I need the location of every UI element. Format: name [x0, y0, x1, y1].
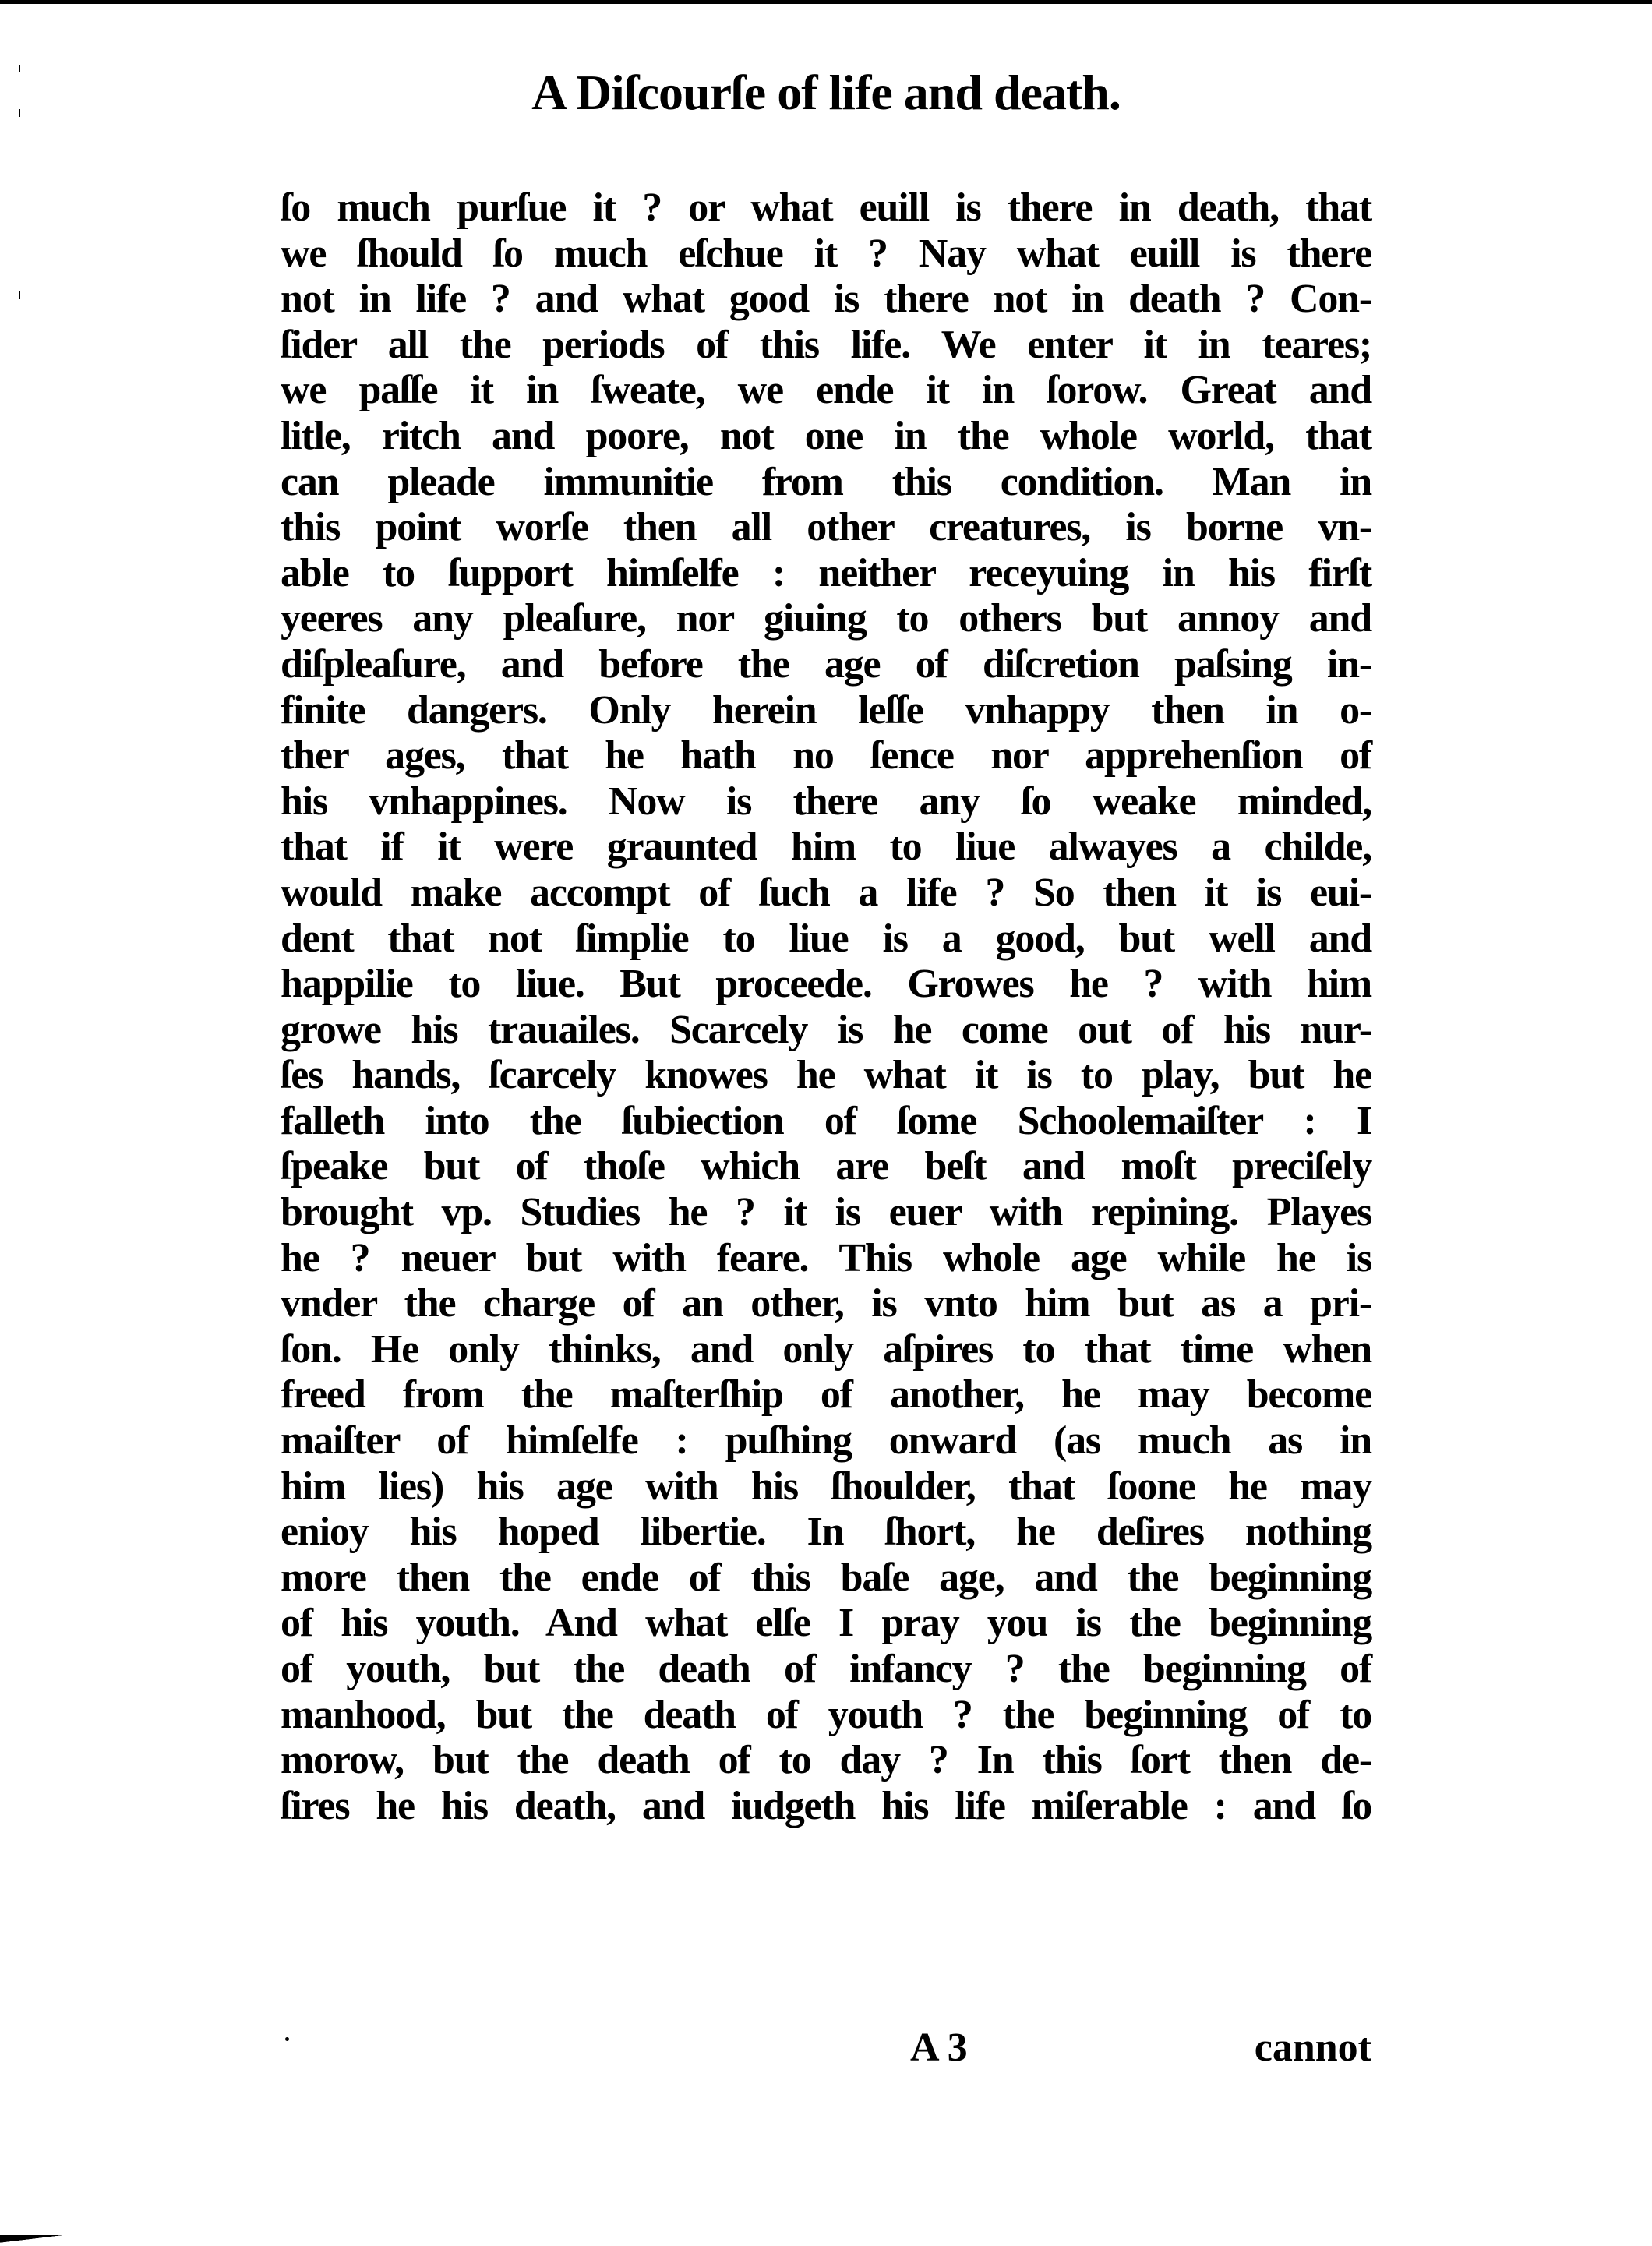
text-line: more then the ende of this baſe age, and… [281, 1556, 1371, 1602]
scan-margin-mark [19, 109, 20, 117]
text-line: finite dangers. Only herein leſſe vnhapp… [281, 688, 1371, 734]
text-line: diſpleaſure, and before the age of diſcr… [281, 642, 1371, 688]
text-line: morow, but the death of to day ? In this… [281, 1738, 1371, 1784]
scan-bottom-edge [0, 2235, 78, 2244]
text-line: not in life ? and what good is there not… [281, 277, 1371, 323]
text-line: able to ſupport himſelfe : neither recey… [281, 551, 1371, 597]
text-line: maiſter of himſelfe : puſhing onward (as… [281, 1418, 1371, 1464]
text-line: manhood, but the death of youth ? the be… [281, 1693, 1371, 1739]
text-line: ſes hands, ſcarcely knowes he what it is… [281, 1053, 1371, 1099]
text-line: growe his trauailes. Scarcely is he come… [281, 1008, 1371, 1054]
text-line: falleth into the ſubiection of ſome Scho… [281, 1099, 1371, 1145]
text-line: dent that not ſimplie to liue is a good,… [281, 916, 1371, 962]
signature-mark: A 3 [910, 2025, 968, 2071]
text-line: his vnhappines. Now is there any ſo weak… [281, 779, 1371, 825]
scan-margin-mark [19, 65, 20, 72]
text-line: of youth, but the death of infancy ? the… [281, 1647, 1371, 1693]
body-text: ſo much purſue it ? or what euill is the… [281, 185, 1371, 1829]
text-line: he ? neuer but with feare. This whole ag… [281, 1236, 1371, 1282]
text-line: of his youth. And what elſe I pray you i… [281, 1601, 1371, 1647]
text-line: would make accompt of ſuch a life ? So t… [281, 871, 1371, 916]
text-line: this point worſe then all other creature… [281, 505, 1371, 551]
text-line: we ſhould ſo much eſchue it ? Nay what e… [281, 231, 1371, 277]
text-line: ſires he his death, and iudgeth his life… [281, 1784, 1371, 1830]
text-line: ſo much purſue it ? or what euill is the… [281, 185, 1371, 231]
text-line: we paſſe it in ſweate, we ende it in ſor… [281, 368, 1371, 414]
text-line: vnder the charge of an other, is vnto hi… [281, 1281, 1371, 1327]
catchword: cannot [1255, 2025, 1371, 2071]
text-line: that if it were graunted him to liue alw… [281, 825, 1371, 871]
text-line: ſpeake but of thoſe which are beſt and m… [281, 1144, 1371, 1190]
text-line: ſider all the periods of this life. We e… [281, 323, 1371, 369]
ink-speck [285, 2037, 289, 2041]
text-line: yeeres any pleaſure, nor giuing to other… [281, 596, 1371, 642]
text-line: ther ages, that he hath no ſence nor app… [281, 733, 1371, 779]
scan-margin-mark [19, 291, 20, 299]
text-line: can pleade immunitie from this condition… [281, 460, 1371, 506]
text-line: litle, ritch and poore, not one in the w… [281, 414, 1371, 460]
text-line: ſon. He only thinks, and only aſpires to… [281, 1327, 1371, 1373]
text-line: freed from the maſterſhip of another, he… [281, 1372, 1371, 1418]
running-title: A Diſcourſe of life and death. [281, 64, 1371, 122]
text-line: happilie to liue. But proceede. Growes h… [281, 962, 1371, 1008]
page-footer: A 3 cannot [281, 2025, 1371, 2079]
text-line: him lies) his age with his ſhoulder, tha… [281, 1464, 1371, 1510]
text-line: enioy his hoped libertie. In ſhort, he d… [281, 1510, 1371, 1556]
scan-top-border [0, 0, 1652, 4]
text-line: brought vp. Studies he ? it is euer with… [281, 1190, 1371, 1236]
